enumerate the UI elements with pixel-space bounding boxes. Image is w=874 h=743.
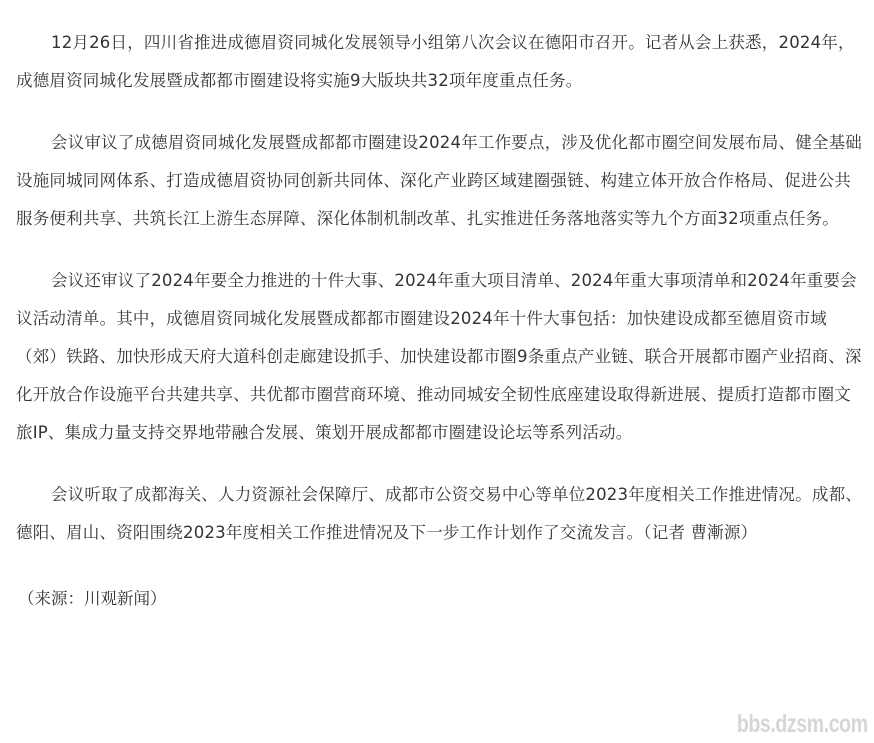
article-source: （来源：川观新闻） bbox=[16, 580, 862, 618]
article-paragraph-4: 会议听取了成都海关、人力资源社会保障厅、成都市公资交易中心等单位2023年度相关… bbox=[16, 476, 862, 552]
article-paragraph-3: 会议还审议了2024年要全力推进的十件大事、2024年重大项目清单、2024年重… bbox=[16, 262, 862, 452]
site-watermark: bbs.dzsm.com bbox=[737, 710, 868, 739]
article-body: 12月26日，四川省推进成德眉资同城化发展领导小组第八次会议在德阳市召开。记者从… bbox=[16, 24, 862, 618]
article-paragraph-1: 12月26日，四川省推进成德眉资同城化发展领导小组第八次会议在德阳市召开。记者从… bbox=[16, 24, 862, 100]
article-paragraph-2: 会议审议了成德眉资同城化发展暨成都都市圈建设2024年工作要点，涉及优化都市圈空… bbox=[16, 124, 862, 238]
